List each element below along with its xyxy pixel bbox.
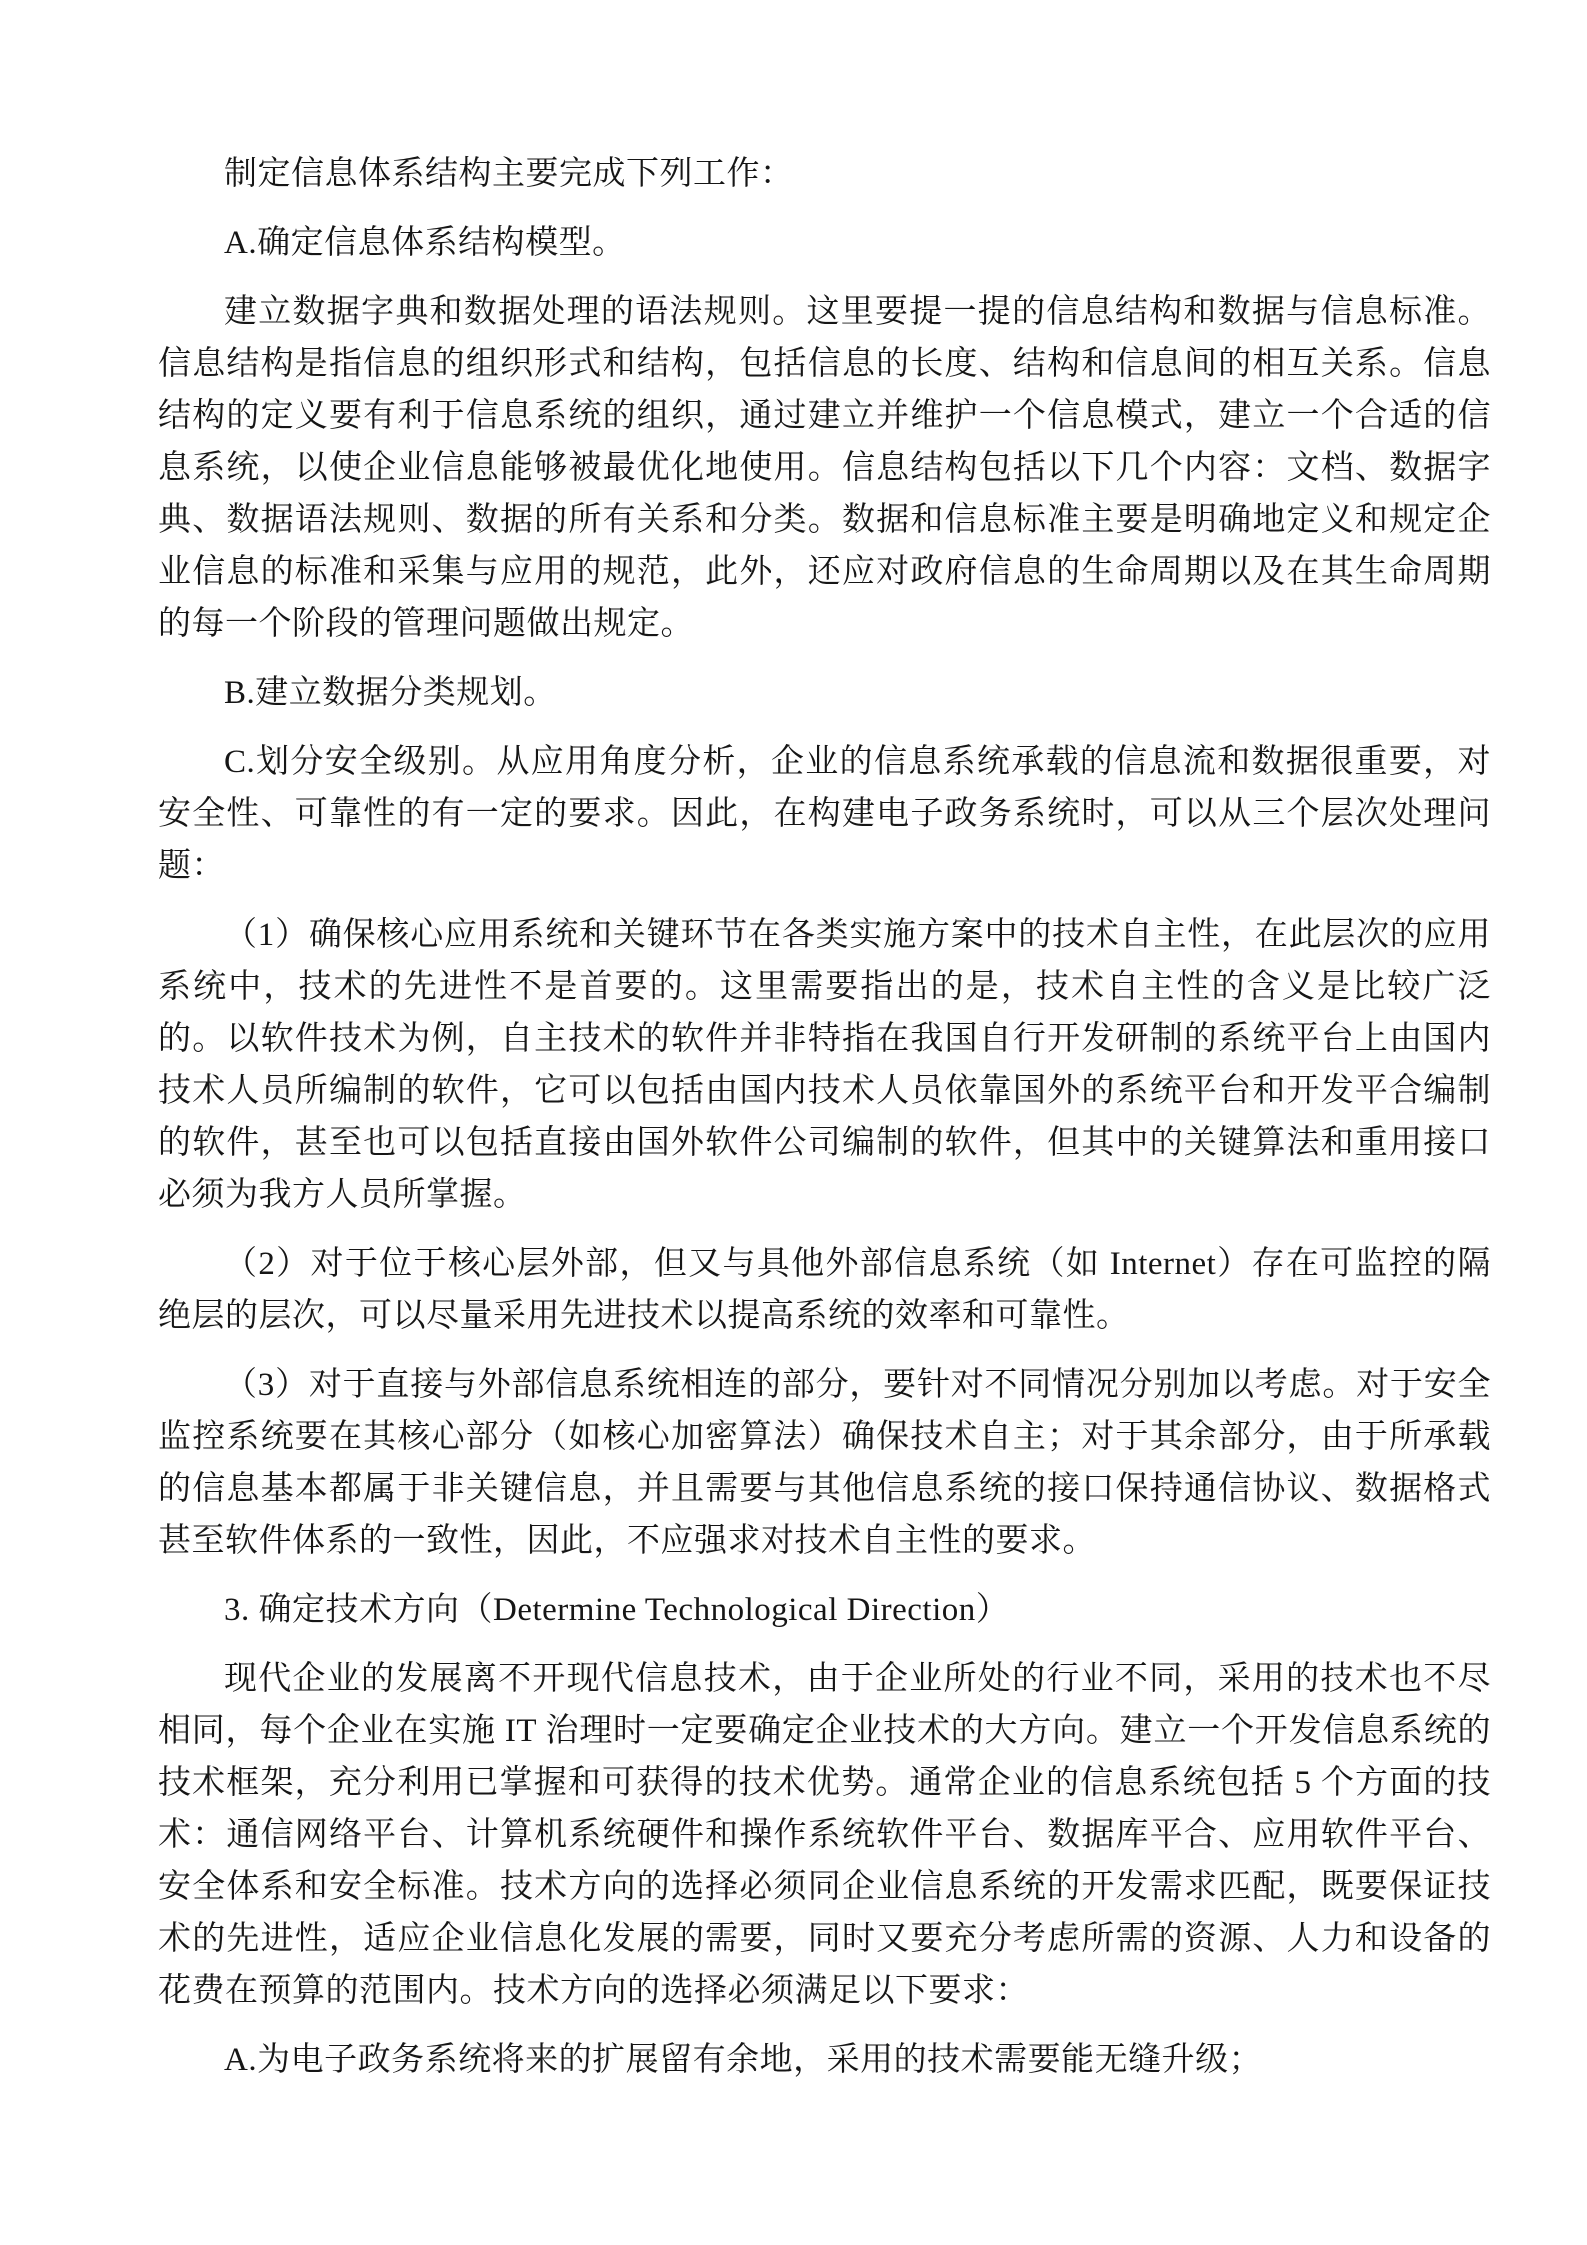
document-page: 制定信息体系结构主要完成下列工作： A.确定信息体系结构模型。 建立数据字典和数… — [0, 0, 1587, 2245]
paragraph-requirement-a: A.为电子政务系统将来的扩展留有余地，采用的技术需要能无缝升级； — [158, 2034, 1491, 2086]
paragraph-level-3: （3）对于直接与外部信息系统相连的部分，要针对不同情况分别加以考虑。对于安全监控… — [158, 1359, 1491, 1567]
paragraph-item-c: C.划分安全级别。从应用角度分析，企业的信息系统承载的信息流和数据很重要，对安全… — [158, 736, 1491, 892]
paragraph-item-a: A.确定信息体系结构模型。 — [158, 217, 1491, 269]
paragraph-level-2: （2）对于位于核心层外部，但又与具他外部信息系统（如 Internet）存在可监… — [158, 1238, 1491, 1342]
paragraph-intro: 制定信息体系结构主要完成下列工作： — [158, 148, 1491, 200]
document-body: 制定信息体系结构主要完成下列工作： A.确定信息体系结构模型。 建立数据字典和数… — [158, 148, 1491, 2103]
paragraph-level-1: （1）确保核心应用系统和关键环节在各类实施方案中的技术自主性，在此层次的应用系统… — [158, 909, 1491, 1221]
paragraph-item-b: B.建立数据分类规划。 — [158, 667, 1491, 719]
paragraph-tech-direction: 现代企业的发展离不开现代信息技术，由于企业所处的行业不同，采用的技术也不尽相同，… — [158, 1653, 1491, 2017]
paragraph-data-dictionary: 建立数据字典和数据处理的语法规则。这里要提一提的信息结构和数据与信息标准。信息结… — [158, 286, 1491, 650]
heading-section-3: 3. 确定技术方向（Determine Technological Direct… — [158, 1584, 1491, 1636]
